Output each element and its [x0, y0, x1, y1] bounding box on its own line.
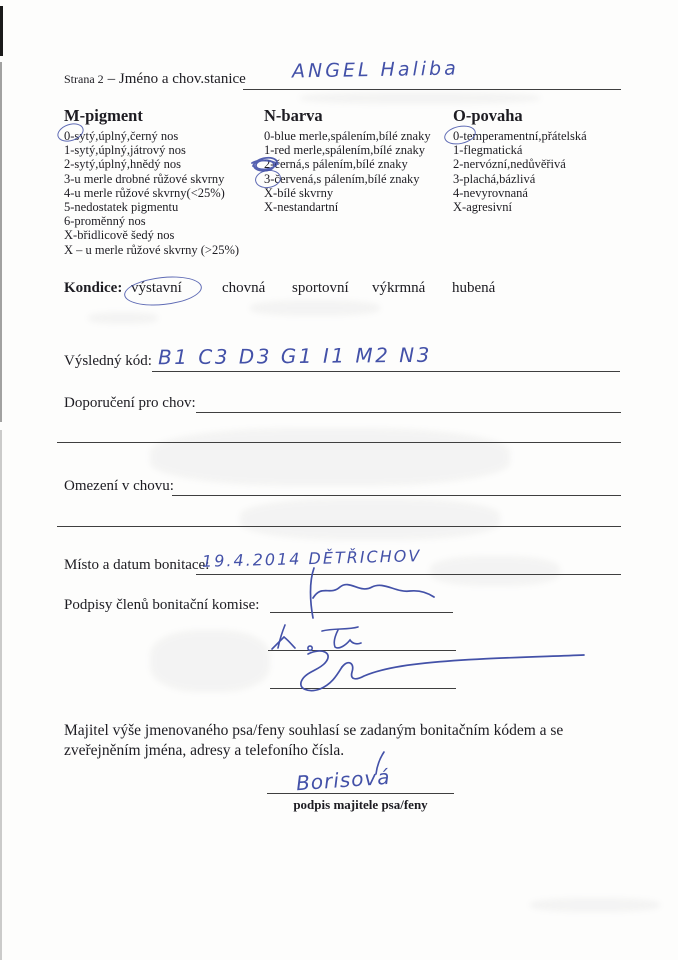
kondice-option-sportovni: sportovní	[292, 280, 349, 297]
restriction-underline	[172, 495, 621, 496]
bleedthrough-smudge	[530, 898, 660, 912]
list-item: 0-sytý,úplný,černý nos	[64, 129, 239, 143]
list-item: 1-red merle,spálením,bílé znaky	[264, 143, 431, 157]
bleedthrough-smudge	[150, 630, 270, 692]
list-item: 2-sytý,úplný,hnědý nos	[64, 157, 239, 171]
place-date-label: Místo a datum bonitace:	[64, 557, 209, 574]
scan-edge-artifact	[0, 6, 3, 56]
consent-paragraph: Majitel výše jmenovaného psa/feny souhla…	[64, 721, 630, 760]
list-item: 3-červená,s pálením,bílé znaky	[264, 172, 431, 186]
list-item: 6-proměnný nos	[64, 214, 239, 228]
recommendation-label: Doporučení pro chov:	[64, 395, 196, 412]
bleedthrough-smudge	[240, 498, 500, 540]
bleedthrough-smudge	[250, 300, 380, 316]
owner-signature-stroke	[372, 750, 388, 776]
list-item: 2-nervózní,nedůvěřivá	[453, 157, 587, 171]
bleedthrough-smudge	[88, 312, 158, 324]
page-header: Strana 2 – Jméno a chov.stanice	[64, 70, 246, 88]
owner-signature-line	[267, 793, 454, 794]
header-underline	[243, 89, 621, 90]
committee-signature-1	[268, 566, 468, 621]
list-item: X-agresivní	[453, 200, 587, 214]
list-item: X-bílé skvrny	[264, 186, 431, 200]
name-kennel-label: – Jméno a chov.stanice	[108, 71, 246, 87]
list-item: 3-u merle drobné růžové skvrny	[64, 172, 239, 186]
scanned-form-page: Strana 2 – Jméno a chov.stanice ANGEL Ha…	[0, 0, 678, 960]
column-heading-n-barva: N-barva	[264, 106, 431, 126]
result-code-label: Výsledný kód:	[64, 353, 152, 370]
scan-edge-artifact	[0, 430, 2, 960]
list-item: 1-sytý,úplný,játrový nos	[64, 143, 239, 157]
scan-edge-artifact	[0, 62, 2, 422]
list-item: 3-plachá,bázlivá	[453, 172, 587, 186]
handwritten-result-code: B1 C3 D3 G1 I1 M2 N3	[158, 343, 432, 369]
kondice-option-vykrmna: výkrmná	[372, 280, 425, 297]
restriction-underline-2	[57, 526, 621, 527]
page-number-label: Strana 2	[64, 72, 104, 86]
committee-label: Podpisy členů bonitační komise:	[64, 597, 259, 614]
list-item: 0-blue merle,spálením,bílé znaky	[264, 129, 431, 143]
kondice-label: Kondice:	[64, 280, 122, 297]
bleedthrough-smudge	[300, 92, 540, 104]
bleedthrough-smudge	[150, 428, 510, 486]
recommendation-underline-2	[57, 442, 621, 443]
list-item: 4-u merle růžové skvrny(<25%)	[64, 186, 239, 200]
kondice-option-chovna: chovná	[222, 280, 265, 297]
list-item: 1-flegmatická	[453, 143, 587, 157]
list-item: 4-nevyrovnaná	[453, 186, 587, 200]
column-n-barva: N-barva 0-blue merle,spálením,bílé znaky…	[264, 106, 431, 214]
committee-signature-3	[276, 640, 596, 696]
list-item: 5-nedostatek pigmentu	[64, 200, 239, 214]
column-m-pigment: M-pigment 0-sytý,úplný,černý nos 1-sytý,…	[64, 106, 239, 257]
owner-signature-caption: podpis majitele psa/feny	[263, 797, 458, 813]
column-o-povaha: O-povaha 0-temperamentní,přátelská 1-fle…	[453, 106, 587, 214]
circle-annotation-kondice-vystavni	[123, 273, 203, 309]
column-heading-m-pigment: M-pigment	[64, 106, 239, 126]
recommendation-underline	[196, 412, 621, 413]
handwritten-dog-name: ANGEL Haliba	[292, 58, 459, 83]
list-item: 2-černá,s pálením,bílé znaky	[264, 157, 431, 171]
result-code-underline	[152, 371, 620, 372]
column-heading-o-povaha: O-povaha	[453, 106, 587, 126]
list-item: X – u merle růžové skvrny (>25%)	[64, 243, 239, 257]
list-item: X-břidlicově šedý nos	[64, 228, 239, 242]
kondice-option-hubena: hubená	[452, 280, 495, 297]
list-item: X-nestandartní	[264, 200, 431, 214]
restriction-label: Omezení v chovu:	[64, 478, 174, 495]
